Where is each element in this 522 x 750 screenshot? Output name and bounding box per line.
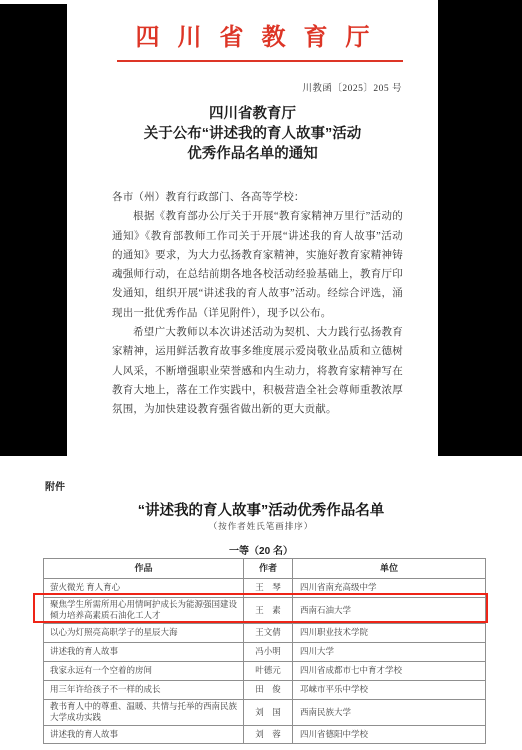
body-paragraph-2: 希望广大教师以本次讲述活动为契机、大力践行弘扬教育家精神，运用鲜活教育故事多维度… — [112, 323, 403, 419]
notice-title-line-1: 四川省教育厅 — [67, 104, 438, 124]
notice-title-line-2: 关于公布“讲述我的育人故事”活动 — [67, 124, 438, 144]
notice-title-line-3: 优秀作品名单的通知 — [67, 144, 438, 164]
author-name: 田 俊 — [244, 680, 293, 699]
author-name: 叶德元 — [244, 661, 293, 680]
table-header-row: 作品 作者 单位 — [44, 559, 486, 579]
author-name: 冯小明 — [244, 642, 293, 661]
work-title: 我家永远有一个空着的房间 — [44, 661, 244, 680]
work-title: 以心为灯照亮高职学子的星辰大海 — [44, 623, 244, 642]
scan-background-left — [0, 4, 67, 456]
award-table: 作品 作者 单位 萤火微光 育人育心 王 琴 四川省南充高级中学 聚焦学生所需所… — [43, 558, 486, 744]
table-row: 用三年许给孩子不一样的成长 田 俊 邛崃市平乐中学校 — [44, 680, 486, 699]
work-title: 聚焦学生所需所用心用情呵护成长为能源强国建设倾力培养高素质石油化工人才 — [44, 598, 244, 624]
author-name: 刘 国 — [244, 699, 293, 725]
author-name: 刘 蓉 — [244, 725, 293, 743]
work-title: 讲述我的育人故事 — [44, 725, 244, 743]
unit-name: 四川省成都市七中育才学校 — [293, 661, 486, 680]
work-title: 讲述我的育人故事 — [44, 642, 244, 661]
body-paragraph-1: 根据《教育部办公厅关于开展“教育家精神万里行”活动的通知》《教育部教师工作司关于… — [112, 207, 403, 323]
unit-name: 西南石油大学 — [293, 598, 486, 624]
author-name: 王 琴 — [244, 579, 293, 598]
work-title: 教书育人中的尊重、温暖、共情与托举的西南民族大学成功实践 — [44, 699, 244, 725]
scan-background-right — [438, 0, 522, 459]
salutation: 各市（州）教育行政部门、各高等学校： — [112, 188, 403, 207]
col-header-author: 作者 — [244, 559, 293, 579]
scanned-notice-document: 四川省教育厅 川教函〔2025〕205 号 四川省教育厅 关于公布“讲述我的育人… — [0, 0, 522, 750]
notice-title: 四川省教育厅 关于公布“讲述我的育人故事”活动 优秀作品名单的通知 — [67, 104, 438, 164]
award-list-subtitle: （按作者姓氏笔画排序） — [0, 520, 522, 532]
unit-name: 四川职业技术学院 — [293, 623, 486, 642]
unit-name: 四川省德阳中学校 — [293, 725, 486, 743]
unit-name: 四川大学 — [293, 642, 486, 661]
notice-page: 四川省教育厅 川教函〔2025〕205 号 四川省教育厅 关于公布“讲述我的育人… — [67, 0, 438, 456]
first-prize-heading: 一等（20 名） — [0, 542, 522, 557]
notice-body: 各市（州）教育行政部门、各高等学校： 根据《教育部办公厅关于开展“教育家精神万里… — [112, 188, 403, 420]
letterhead-rule — [117, 60, 403, 62]
unit-name: 邛崃市平乐中学校 — [293, 680, 486, 699]
col-header-unit: 单位 — [293, 559, 486, 579]
table-row-highlighted: 聚焦学生所需所用心用情呵护成长为能源强国建设倾力培养高素质石油化工人才 王 素 … — [44, 598, 486, 624]
unit-name: 西南民族大学 — [293, 699, 486, 725]
award-list-title: “讲述我的育人故事”活动优秀作品名单 — [0, 499, 522, 520]
table-row: 教书育人中的尊重、温暖、共情与托举的西南民族大学成功实践 刘 国 西南民族大学 — [44, 699, 486, 725]
attachment-page: 附件 “讲述我的育人故事”活动优秀作品名单 （按作者姓氏笔画排序） 一等（20 … — [0, 456, 522, 750]
attachment-label: 附件 — [45, 478, 65, 493]
author-name: 王 素 — [244, 598, 293, 624]
table-row: 萤火微光 育人育心 王 琴 四川省南充高级中学 — [44, 579, 486, 598]
table-row: 讲述我的育人故事 冯小明 四川大学 — [44, 642, 486, 661]
table-row: 以心为灯照亮高职学子的星辰大海 王文倩 四川职业技术学院 — [44, 623, 486, 642]
unit-name: 四川省南充高级中学 — [293, 579, 486, 598]
document-number: 川教函〔2025〕205 号 — [302, 80, 402, 94]
work-title: 用三年许给孩子不一样的成长 — [44, 680, 244, 699]
work-title: 萤火微光 育人育心 — [44, 579, 244, 598]
col-header-work: 作品 — [44, 559, 244, 579]
table-row: 讲述我的育人故事 刘 蓉 四川省德阳中学校 — [44, 725, 486, 743]
author-name: 王文倩 — [244, 623, 293, 642]
table-row: 我家永远有一个空着的房间 叶德元 四川省成都市七中育才学校 — [44, 661, 486, 680]
agency-letterhead: 四川省教育厅 — [67, 17, 438, 52]
